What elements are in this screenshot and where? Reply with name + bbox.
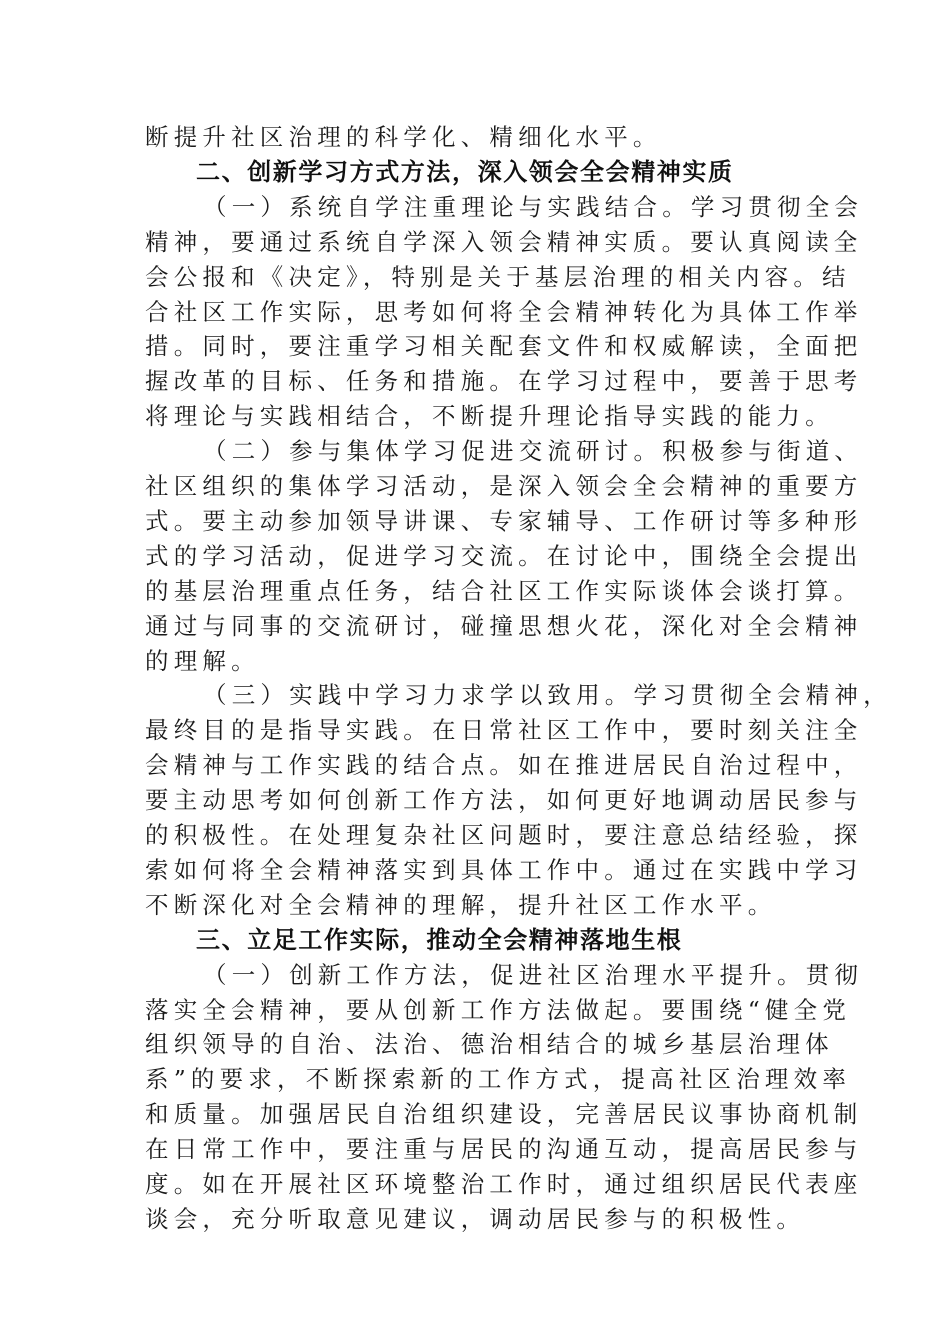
paragraph-line: 谈会，充分听取意见建议，调动居民参与的积极性。 xyxy=(145,1202,805,1236)
paragraph-line: 精神，要通过系统自学深入领会精神实质。要认真阅读全 xyxy=(145,225,863,259)
paragraph-line: 握改革的目标、任务和措施。在学习过程中，要善于思考 xyxy=(145,364,863,398)
paragraph-first-line: （三）实践中学习力求学以致用。学习贯彻全会精神， xyxy=(203,678,892,712)
paragraph-line: 系”的要求，不断探索新的工作方式，提高社区治理效率 xyxy=(145,1062,851,1096)
paragraph-line: 不断深化对全会精神的理解，提升社区工作水平。 xyxy=(145,888,776,922)
paragraph-line: 的基层治理重点任务，结合社区工作实际谈体会谈打算。 xyxy=(145,574,863,608)
paragraph-line: 的积极性。在处理复杂社区问题时，要注意总结经验，探 xyxy=(145,818,863,852)
paragraph-first-line: （一）创新工作方法，促进社区治理水平提升。贯彻 xyxy=(203,958,863,992)
paragraph-first-line: （一）系统自学注重理论与实践结合。学习贯彻全会 xyxy=(203,190,863,224)
paragraph-line: 社区组织的集体学习活动，是深入领会全会精神的重要方 xyxy=(145,469,863,503)
paragraph-line: 在日常工作中，要注重与居民的沟通互动，提高居民参与 xyxy=(145,1132,863,1166)
paragraph-line: 要主动思考如何创新工作方法，如何更好地调动居民参与 xyxy=(145,783,863,817)
paragraph-line: 式的学习活动，促进学习交流。在讨论中，围绕全会提出 xyxy=(145,539,863,573)
paragraph-line: 度。如在开展社区环境整治工作时，通过组织居民代表座 xyxy=(145,1167,863,1201)
paragraph-line: 通过与同事的交流研讨，碰撞思想火花，深化对全会精神 xyxy=(145,609,863,643)
paragraph-line: 的理解。 xyxy=(145,644,260,678)
section-heading: 二、创新学习方式方法，深入领会全会精神实质 xyxy=(196,155,734,189)
paragraph-line: 落实全会精神，要从创新工作方法做起。要围绕“健全党 xyxy=(145,993,851,1027)
paragraph-line: 和质量。加强居民自治组织建设，完善居民议事协商机制 xyxy=(145,1097,863,1131)
paragraph-line: 合社区工作实际，思考如何将全会精神转化为具体工作举 xyxy=(145,295,863,329)
paragraph-first-line: （二）参与集体学习促进交流研讨。积极参与街道、 xyxy=(203,434,863,468)
document-page: 断提升社区治理的科学化、精细化水平。二、创新学习方式方法，深入领会全会精神实质（… xyxy=(0,0,950,1344)
paragraph-line: 组织领导的自治、法治、德治相结合的城乡基层治理体 xyxy=(145,1027,834,1061)
paragraph-line: 式。要主动参加领导讲课、专家辅导、工作研讨等多种形 xyxy=(145,504,863,538)
paragraph-line: 最终目的是指导实践。在日常社区工作中，要时刻关注全 xyxy=(145,713,863,747)
paragraph-line: 会精神与工作实践的结合点。如在推进居民自治过程中， xyxy=(145,748,863,782)
paragraph-line: 索如何将全会精神落实到具体工作中。通过在实践中学习 xyxy=(145,853,863,887)
paragraph-line: 将理论与实践相结合，不断提升理论指导实践的能力。 xyxy=(145,399,834,433)
section-heading: 三、立足工作实际，推动全会精神落地生根 xyxy=(196,923,682,957)
paragraph-line: 断提升社区治理的科学化、精细化水平。 xyxy=(145,120,662,154)
paragraph-line: 措。同时，要注重学习相关配套文件和权威解读，全面把 xyxy=(145,329,863,363)
paragraph-line: 会公报和《决定》，特别是关于基层治理的相关内容。结 xyxy=(145,260,851,294)
